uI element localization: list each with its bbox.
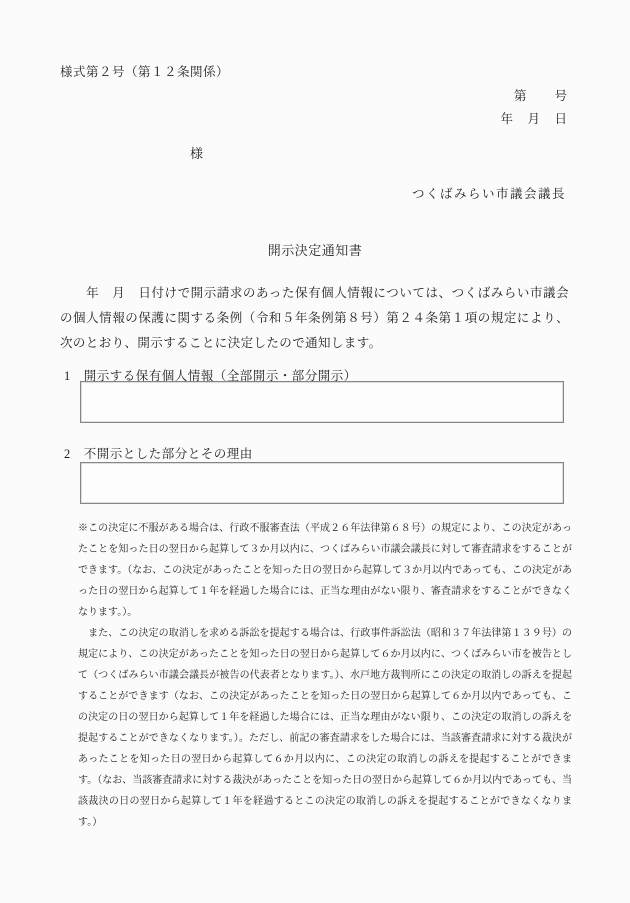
date-blank: 年 月 日 (500, 109, 568, 127)
sender-name: つくばみらい市議会議長 (412, 184, 566, 202)
section-2-heading: 2 不開示とした部分とその理由 (64, 444, 253, 462)
document-page: 様式第２号（第１２条関係） 第 号 年 月 日 様 つくばみらい市議会議長 開示… (0, 0, 630, 903)
note-paragraph-appeal: ※この決定に不服がある場合は、行政不服審査法（平成２６年法律第６８号）の規定によ… (78, 518, 572, 623)
form-number: 様式第２号（第１２条関係） (60, 62, 229, 80)
section-2-nondisclosure-reason-box (80, 462, 564, 504)
body-paragraph: 年 月 日付けで開示請求のあった保有個人情報については、つくばみらい市議会の個人… (60, 281, 569, 356)
addressee-honorific: 様 (190, 143, 203, 162)
section-1-disclosure-info-box (80, 381, 564, 423)
legal-notes-block: ※この決定に不服がある場合は、行政不服審査法（平成２６年法律第６８号）の規定によ… (78, 518, 572, 833)
page-title: 開示決定通知書 (0, 240, 630, 259)
note-paragraph-lawsuit: また、この決定の取消しを求める訴訟を提起する場合は、行政事件訴訟法（昭和３７年法… (78, 623, 572, 833)
document-number-blank: 第 号 (514, 86, 568, 104)
